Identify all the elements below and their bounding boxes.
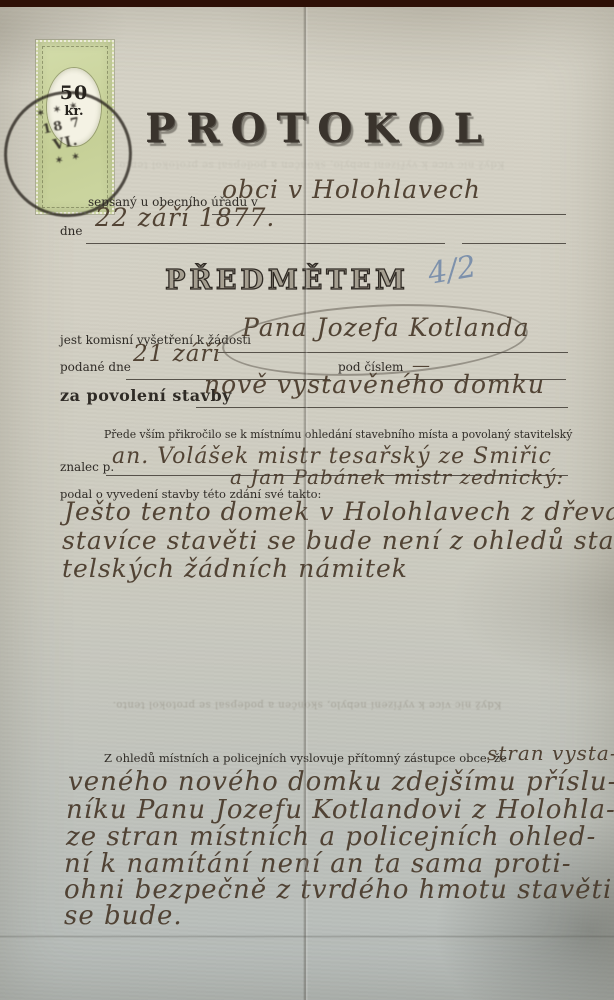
- paragraph1-hand-line3: telských žádních námitek: [62, 554, 408, 583]
- section-heading: PŘEDMĚTEM: [0, 265, 574, 296]
- form-line2-label: dne: [60, 224, 83, 238]
- paragraph2-hand-line2: níku Panu Jozefu Kotlandovi z Holohla-: [66, 795, 614, 825]
- form-line1-handwritten: obci v Holohlavech: [222, 175, 481, 204]
- znalec-label: znalec p.: [60, 460, 114, 474]
- paragraph1-hand-line2: stavíce stavěti se bude není z ohledů st…: [62, 526, 614, 555]
- document-paper: 50 kr. ✶ ✶ ✶ 18 7 VI. ✶ ✶ PROTOKOL Když …: [0, 7, 614, 1000]
- horizontal-fold-crease: [0, 935, 614, 938]
- form-line2-handwritten: 22 září 1877.: [95, 203, 275, 232]
- paragraph1-hand-line1: Ješto tento domek v Holohlavech z dřeva: [64, 497, 614, 526]
- paragraph2-hand-line6: se bude.: [64, 901, 183, 931]
- form-line5-rule: [196, 407, 568, 408]
- form-line4-label: podané dne: [60, 360, 131, 374]
- paragraph1-printed-line1: Přede vším přikročilo se k místnímu ohle…: [104, 428, 574, 441]
- paragraph2-hand-line3: ze stran místních a policejních ohled-: [66, 822, 596, 852]
- form-line2-rule: [86, 243, 445, 244]
- form-line2-rule2: [462, 243, 566, 244]
- form-line4-handwritten: 21 září: [133, 341, 221, 367]
- form-line5-handwritten: nově vystavěného domku: [204, 370, 545, 399]
- znalec-handwritten2: a Jan Pabánek mistr zednický:: [230, 465, 564, 489]
- vertical-fold-crease: [303, 7, 308, 1000]
- paragraph2-hand-inline: stran vysta-: [487, 741, 614, 765]
- paragraph2-hand-line1: veného nového domku zdejšímu příslu-: [68, 767, 614, 797]
- show-through-text-top: Když nic více k vyřízení nebylo, skončen…: [100, 159, 520, 170]
